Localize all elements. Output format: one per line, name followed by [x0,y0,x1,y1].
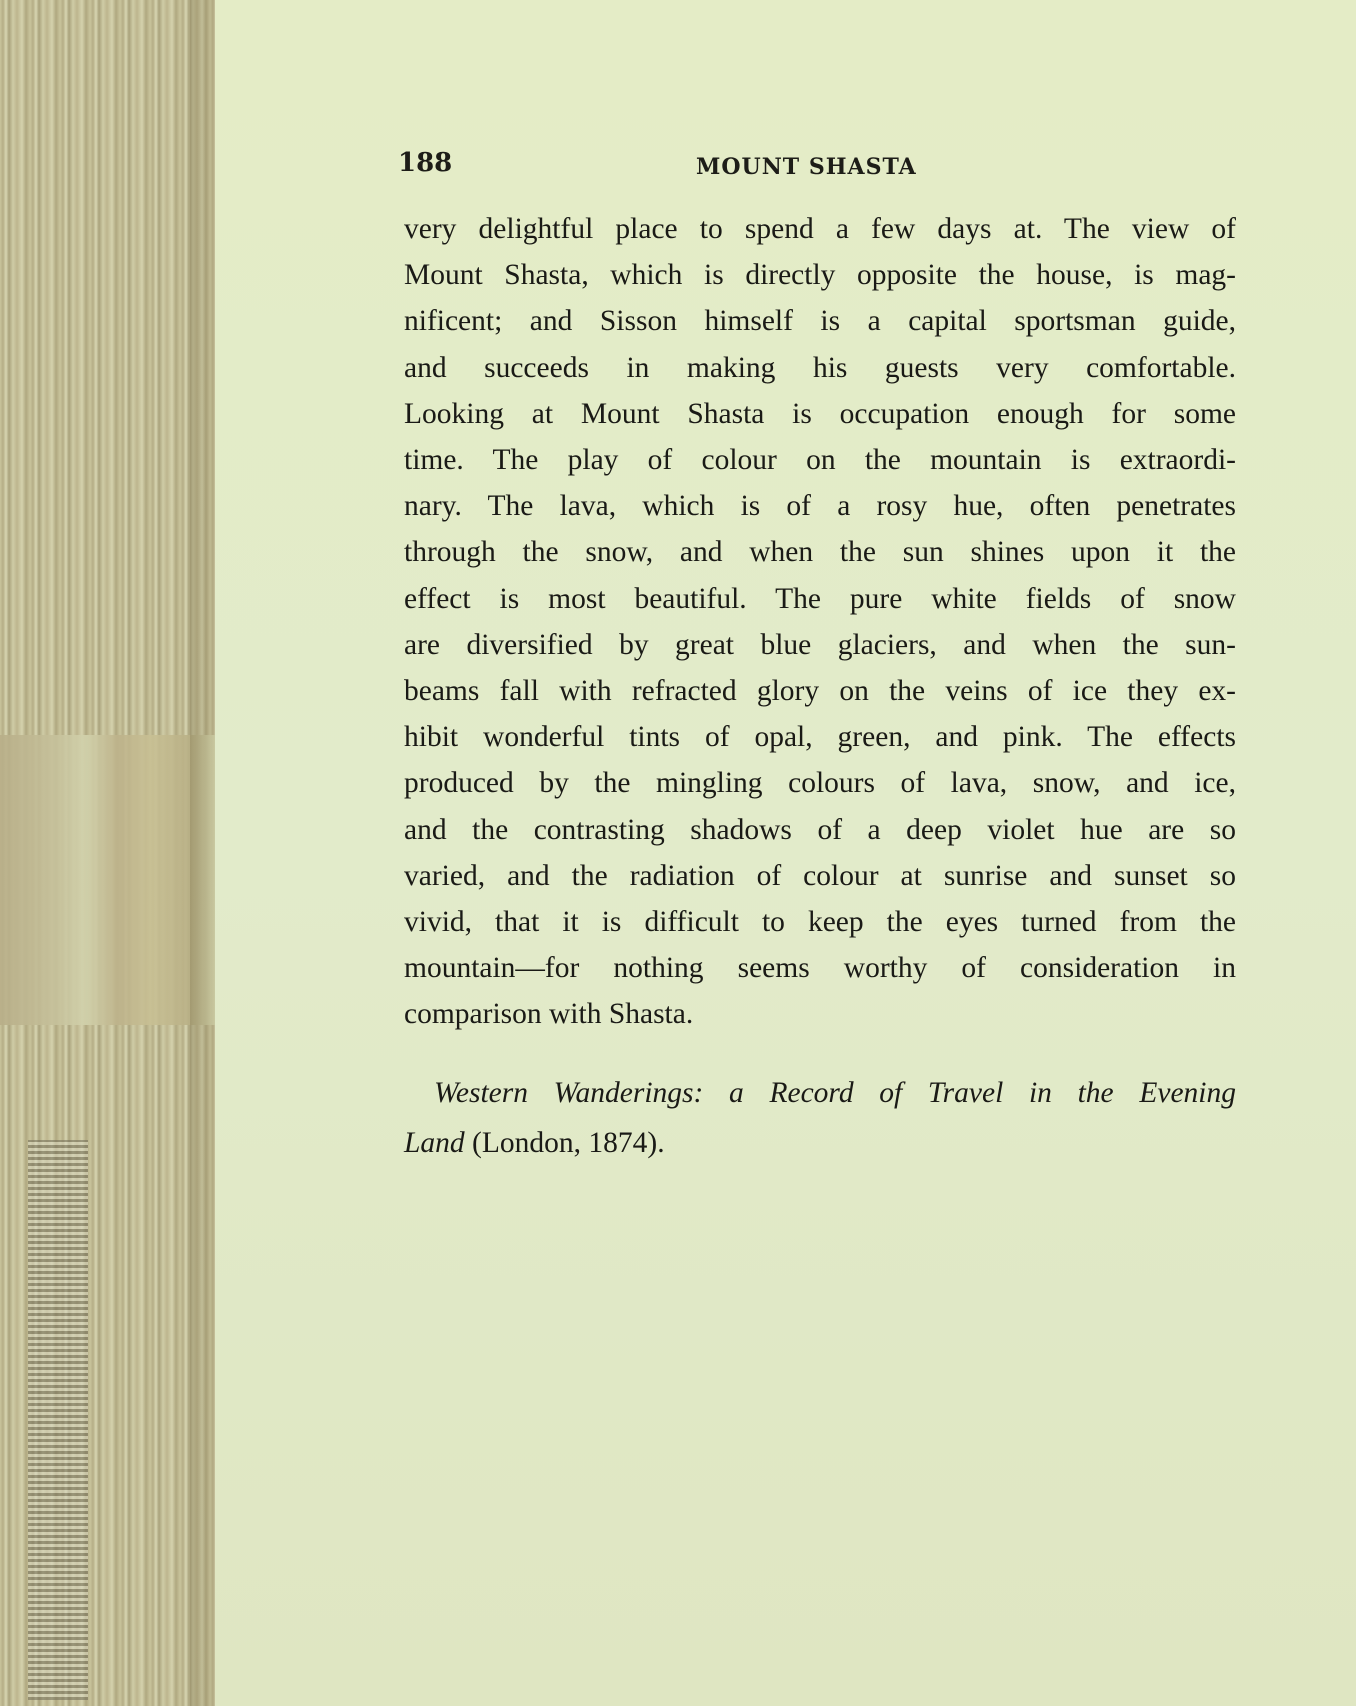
page-number: 188 [398,148,452,178]
page-edge-band [0,735,215,1025]
text-line: comparison with Shasta. [404,991,1236,1037]
citation-title-end: Land [404,1127,465,1159]
citation-line: Land (London, 1874). [404,1118,1236,1168]
book-page-edges [0,0,215,1706]
text-line: produced by the mingling colours of lava… [404,760,1236,806]
text-line: and succeeds in making his guests very c… [404,345,1236,391]
text-line: are diversified by great blue glaciers, … [404,622,1236,668]
text-line: varied, and the radiation of colour at s… [404,853,1236,899]
body-paragraph: very delightful place to spend a few day… [404,206,1236,1038]
page-edge-shadow [28,1140,88,1700]
citation-title: Western Wanderings: a Record of Travel i… [434,1077,1236,1109]
text-line: nary. The lava, which is of a rosy hue, … [404,483,1236,529]
text-line: time. The play of colour on the mountain… [404,437,1236,483]
text-line: hibit wonderful tints of opal, green, an… [404,714,1236,760]
text-line: through the snow, and when the sun shine… [404,529,1236,575]
text-line: vivid, that it is difficult to keep the … [404,899,1236,945]
citation-publication: (London, 1874). [465,1127,665,1159]
text-line: and the contrasting shadows of a deep vi… [404,807,1236,853]
text-line: Mount Shasta, which is directly opposite… [404,252,1236,298]
text-line: Looking at Mount Shasta is occupation en… [404,391,1236,437]
running-title: MOUNT SHASTA [696,154,917,180]
text-line: effect is most beautiful. The pure white… [404,576,1236,622]
source-citation: Western Wanderings: a Record of Travel i… [404,1068,1236,1168]
text-line: mountain—for nothing seems worthy of con… [404,945,1236,991]
text-line: beams fall with refracted glory on the v… [404,668,1236,714]
citation-line: Western Wanderings: a Record of Travel i… [404,1068,1236,1118]
text-line: nificent; and Sisson himself is a capita… [404,298,1236,344]
text-line: very delightful place to spend a few day… [404,206,1236,252]
